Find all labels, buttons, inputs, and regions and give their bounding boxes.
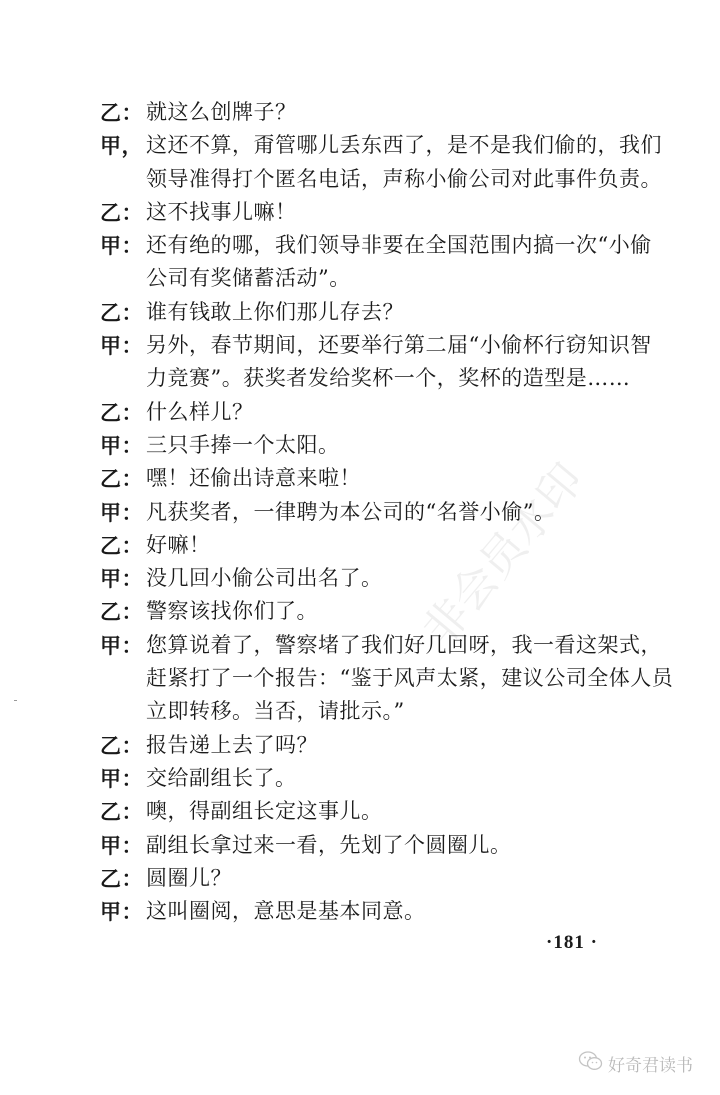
dialogue-line: 甲：没几回小偷公司出名了。: [100, 562, 670, 595]
dialogue-text: 圆圈儿？: [146, 862, 232, 895]
dialogue-line: 乙：谁有钱敢上你们那儿存去？: [100, 296, 670, 329]
dialogue-line: 乙：警察该找你们了。: [100, 595, 670, 628]
speaker-label: 甲：: [100, 562, 146, 595]
speaker-label: 乙：: [100, 729, 146, 762]
dialogue-text: 立即转移。当否，请批示。”: [146, 695, 405, 728]
speaker-label: 乙：: [100, 96, 146, 129]
brand-label: 好奇君读书: [608, 1051, 693, 1076]
dialogue-line: 乙：噢，得副组长定这事儿。: [100, 795, 670, 828]
dialogue-text: 好嘛！: [146, 529, 211, 562]
dialogue-text: 赶紧打了一个报告：“鉴于风声太紧，建议公司全体人员: [146, 662, 673, 695]
dialogue-continuation-line: 公司有奖储蓄活动”。: [100, 262, 670, 295]
speaker-label: 甲：: [100, 762, 146, 795]
dialogue-line: 甲：交给副组长了。: [100, 762, 670, 795]
dialogue-text: 报告递上去了吗？: [146, 729, 318, 762]
dialogue-text: 三只手捧一个太阳。: [146, 429, 340, 462]
dialogue-line: 甲，这还不算，甭管哪儿丢东西了，是不是我们偷的，我们: [100, 129, 670, 162]
dialogue-continuation-line: 领导准得打个匿名电话，声称小偷公司对此事件负责。: [100, 163, 670, 196]
dialogue-text: 还有绝的哪，我们领导非要在全国范围内搞一次“小偷: [146, 229, 652, 262]
dialogue-line: 乙：好嘛！: [100, 529, 670, 562]
dialogue-line: 甲：凡获奖者，一律聘为本公司的“名誉小偷”。: [100, 496, 670, 529]
speaker-label: 甲：: [100, 429, 146, 462]
dialogue-text: 凡获奖者，一律聘为本公司的“名誉小偷”。: [146, 496, 555, 529]
dialogue-line: 甲：您算说着了，警察堵了我们好几回呀，我一看这架式，: [100, 629, 670, 662]
dialogue-line: 乙：什么样儿？: [100, 396, 670, 429]
dialogue-text: 公司有奖储蓄活动”。: [146, 262, 351, 295]
page-number: ·181 ·: [546, 932, 598, 954]
dialogue-block: 乙：就这么创牌子？甲，这还不算，甭管哪儿丢东西了，是不是我们偷的，我们领导准得打…: [100, 96, 670, 928]
speaker-label: 乙：: [100, 595, 146, 628]
dialogue-text: 这叫圈阅，意思是基本同意。: [146, 895, 426, 928]
speaker-label: 乙：: [100, 462, 146, 495]
speaker-label: 乙：: [100, 196, 146, 229]
dialogue-text: 您算说着了，警察堵了我们好几回呀，我一看这架式，: [146, 629, 662, 662]
dialogue-text: 就这么创牌子？: [146, 96, 297, 129]
scanned-book-page: 非会员水印 乙：就这么创牌子？甲，这还不算，甭管哪儿丢东西了，是不是我们偷的，我…: [0, 0, 720, 1095]
speaker-label: 乙：: [100, 396, 146, 429]
dialogue-text: 什么样儿？: [146, 396, 254, 429]
brand-watermark: 好奇君读书: [578, 1050, 693, 1077]
dialogue-line: 乙：报告递上去了吗？: [100, 729, 670, 762]
dialogue-text: 领导准得打个匿名电话，声称小偷公司对此事件负责。: [146, 163, 662, 196]
dialogue-line: 甲：三只手捧一个太阳。: [100, 429, 670, 462]
dialogue-line: 乙：圆圈儿？: [100, 862, 670, 895]
dialogue-line: 甲：这叫圈阅，意思是基本同意。: [100, 895, 670, 928]
speaker-label: 甲：: [100, 629, 146, 662]
dialogue-text: 没几回小偷公司出名了。: [146, 562, 383, 595]
dialogue-text: 这不找事儿嘛！: [146, 196, 297, 229]
speaker-label: 甲：: [100, 329, 146, 362]
dialogue-text: 谁有钱敢上你们那儿存去？: [146, 296, 404, 329]
speaker-label: 甲：: [100, 829, 146, 862]
dialogue-text: 嘿！还偷出诗意来啦！: [146, 462, 361, 495]
speaker-label: 乙：: [100, 296, 146, 329]
dialogue-text: 另外，春节期间，还要举行第二届“小偷杯行窃知识智: [146, 329, 652, 362]
speaker-label: 乙：: [100, 862, 146, 895]
speaker-label: 甲：: [100, 229, 146, 262]
speaker-label: 乙：: [100, 795, 146, 828]
dialogue-line: 甲：另外，春节期间，还要举行第二届“小偷杯行窃知识智: [100, 329, 670, 362]
scan-speck: [14, 700, 17, 701]
speaker-label: 乙：: [100, 529, 146, 562]
dialogue-line: 乙：嘿！还偷出诗意来啦！: [100, 462, 670, 495]
wechat-icon: [578, 1050, 604, 1077]
dialogue-line: 乙：这不找事儿嘛！: [100, 196, 670, 229]
dialogue-line: 甲：还有绝的哪，我们领导非要在全国范围内搞一次“小偷: [100, 229, 670, 262]
dialogue-text: 警察该找你们了。: [146, 595, 318, 628]
speaker-label: 甲：: [100, 496, 146, 529]
dialogue-text: 这还不算，甭管哪儿丢东西了，是不是我们偷的，我们: [146, 129, 662, 162]
dialogue-continuation-line: 赶紧打了一个报告：“鉴于风声太紧，建议公司全体人员: [100, 662, 670, 695]
dialogue-text: 交给副组长了。: [146, 762, 297, 795]
dialogue-text: 副组长拿过来一看，先划了个圆圈儿。: [146, 829, 512, 862]
dialogue-line: 乙：就这么创牌子？: [100, 96, 670, 129]
dialogue-line: 甲：副组长拿过来一看，先划了个圆圈儿。: [100, 829, 670, 862]
dialogue-text: 噢，得副组长定这事儿。: [146, 795, 383, 828]
dialogue-text: 力竞赛”。获奖者发给奖杯一个，奖杯的造型是……: [146, 362, 630, 395]
speaker-label: 甲，: [100, 129, 146, 162]
speaker-label: 甲：: [100, 895, 146, 928]
dialogue-continuation-line: 力竞赛”。获奖者发给奖杯一个，奖杯的造型是……: [100, 362, 670, 395]
dialogue-continuation-line: 立即转移。当否，请批示。”: [100, 695, 670, 728]
